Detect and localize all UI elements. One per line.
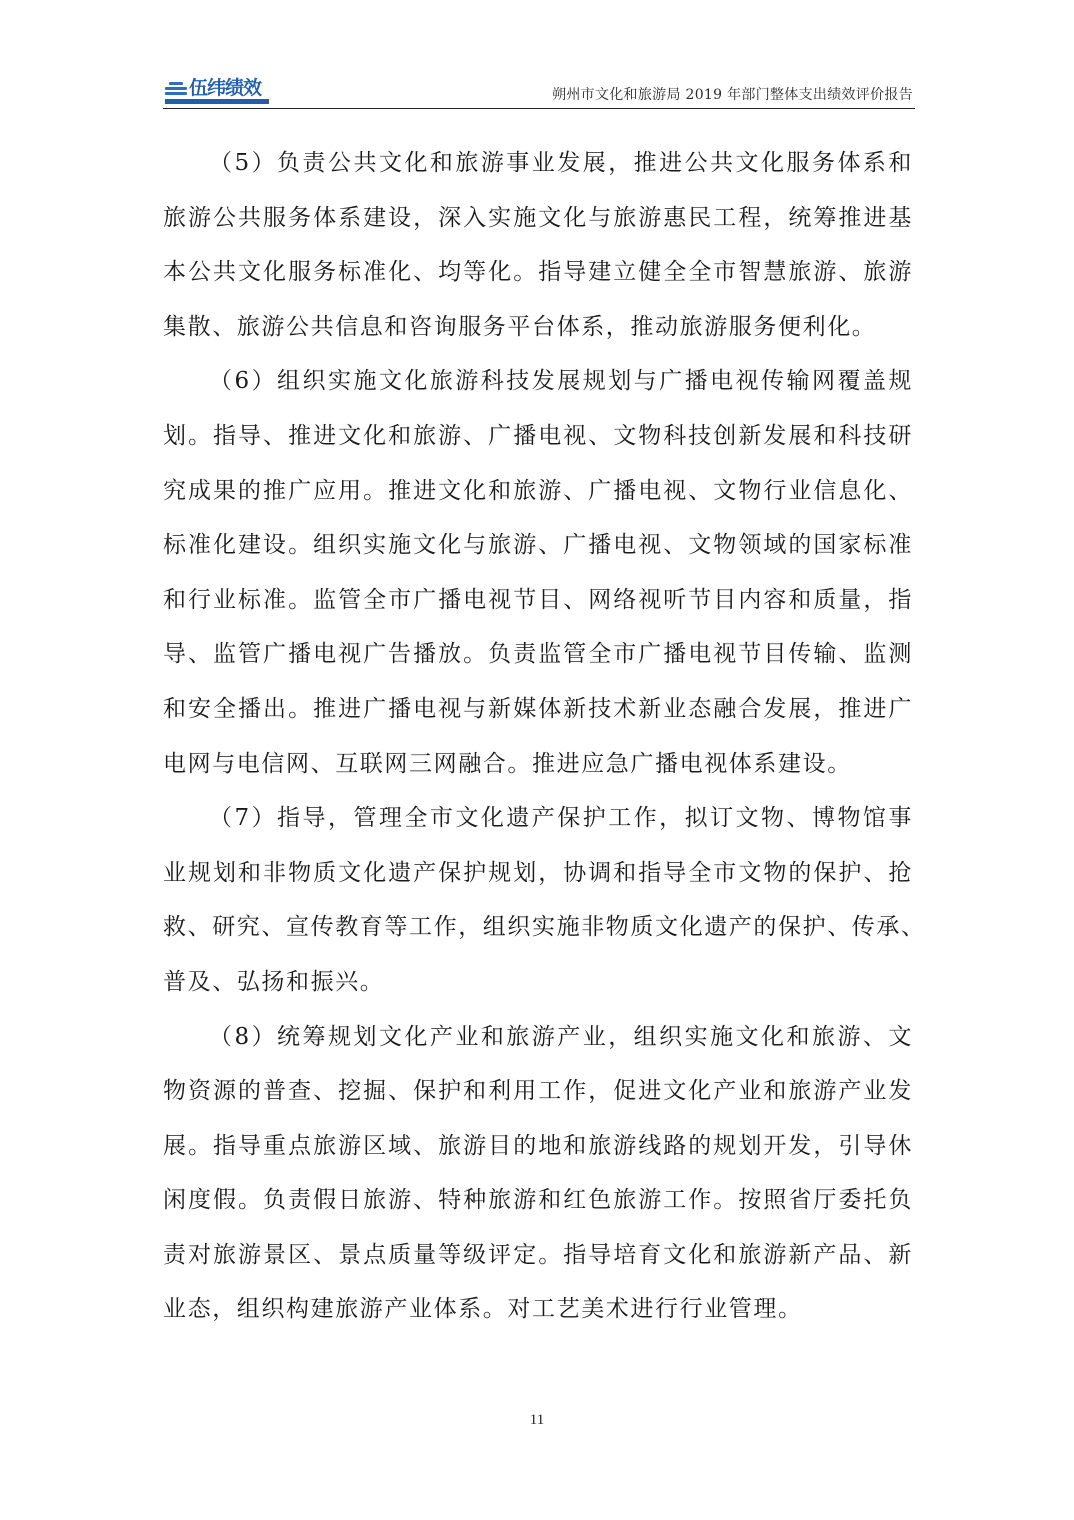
page-number: 11 xyxy=(0,1412,1074,1429)
text-line: （6）组织实施文化旅游科技发展规划与广播电视传输网覆盖规 xyxy=(163,354,913,409)
text-line: 和安全播出。推进广播电视与新媒体新技术新业态融合发展，推进广 xyxy=(163,682,913,737)
page-header: 伍纬绩效 朔州市文化和旅游局 2019 年部门整体支出绩效评价报告 xyxy=(163,76,915,109)
text-line: 展。指导重点旅游区域、旅游目的地和旅游线路的规划开发，引导休 xyxy=(163,1119,913,1174)
text-line: 究成果的推广应用。推进文化和旅游、广播电视、文物行业信息化、 xyxy=(163,464,913,519)
company-logo: 伍纬绩效 xyxy=(165,77,269,105)
logo-mark-icon xyxy=(165,80,187,98)
text-line: （5）负责公共文化和旅游事业发展，推进公共文化服务体系和 xyxy=(163,136,913,191)
text-line: 划。指导、推进文化和旅游、广播电视、文物科技创新发展和科技研 xyxy=(163,409,913,464)
logo-underbar xyxy=(165,99,269,104)
text-line: 业规划和非物质文化遗产保护规划，协调和指导全市文物的保护、抢 xyxy=(163,846,913,901)
document-body: （5）负责公共文化和旅游事业发展，推进公共文化服务体系和 旅游公共服务体系建设，… xyxy=(163,136,913,1337)
text-line: 电网与电信网、互联网三网融合。推进应急广播电视体系建设。 xyxy=(163,737,913,792)
text-line: 导、监管广播电视广告播放。负责监管全市广播电视节目传输、监测 xyxy=(163,627,913,682)
text-line: 闲度假。负责假日旅游、特种旅游和红色旅游工作。按照省厅委托负 xyxy=(163,1173,913,1228)
paragraph-7: （7）指导，管理全市文化遗产保护工作，拟订文物、博物馆事 业规划和非物质文化遗产… xyxy=(163,791,913,1009)
report-title: 朔州市文化和旅游局 2019 年部门整体支出绩效评价报告 xyxy=(552,84,913,104)
paragraph-5: （5）负责公共文化和旅游事业发展，推进公共文化服务体系和 旅游公共服务体系建设，… xyxy=(163,136,913,354)
text-line: 旅游公共服务体系建设，深入实施文化与旅游惠民工程，统筹推进基 xyxy=(163,191,913,246)
text-line: 救、研究、宣传教育等工作，组织实施非物质文化遗产的保护、传承、 xyxy=(163,900,913,955)
text-line: （8）统筹规划文化产业和旅游产业，组织实施文化和旅游、文 xyxy=(163,1010,913,1065)
document-page: 伍纬绩效 朔州市文化和旅游局 2019 年部门整体支出绩效评价报告 （5）负责公… xyxy=(0,0,1074,1520)
text-line: 和行业标准。监管全市广播电视节目、网络视听节目内容和质量，指 xyxy=(163,573,913,628)
text-line: 物资源的普查、挖掘、保护和利用工作，促进文化产业和旅游产业发 xyxy=(163,1064,913,1119)
text-line: （7）指导，管理全市文化遗产保护工作，拟订文物、博物馆事 xyxy=(163,791,913,846)
text-line: 责对旅游景区、景点质量等级评定。指导培育文化和旅游新产品、新 xyxy=(163,1228,913,1283)
text-line: 普及、弘扬和振兴。 xyxy=(163,955,913,1010)
text-line: 本公共文化服务标准化、均等化。指导建立健全全市智慧旅游、旅游 xyxy=(163,245,913,300)
paragraph-6: （6）组织实施文化旅游科技发展规划与广播电视传输网覆盖规 划。指导、推进文化和旅… xyxy=(163,354,913,791)
paragraph-8: （8）统筹规划文化产业和旅游产业，组织实施文化和旅游、文 物资源的普查、挖掘、保… xyxy=(163,1010,913,1338)
logo-text: 伍纬绩效 xyxy=(189,77,261,99)
text-line: 标准化建设。组织实施文化与旅游、广播电视、文物领域的国家标准 xyxy=(163,518,913,573)
text-line: 集散、旅游公共信息和咨询服务平台体系，推动旅游服务便利化。 xyxy=(163,300,913,355)
text-line: 业态，组织构建旅游产业体系。对工艺美术进行行业管理。 xyxy=(163,1282,913,1337)
